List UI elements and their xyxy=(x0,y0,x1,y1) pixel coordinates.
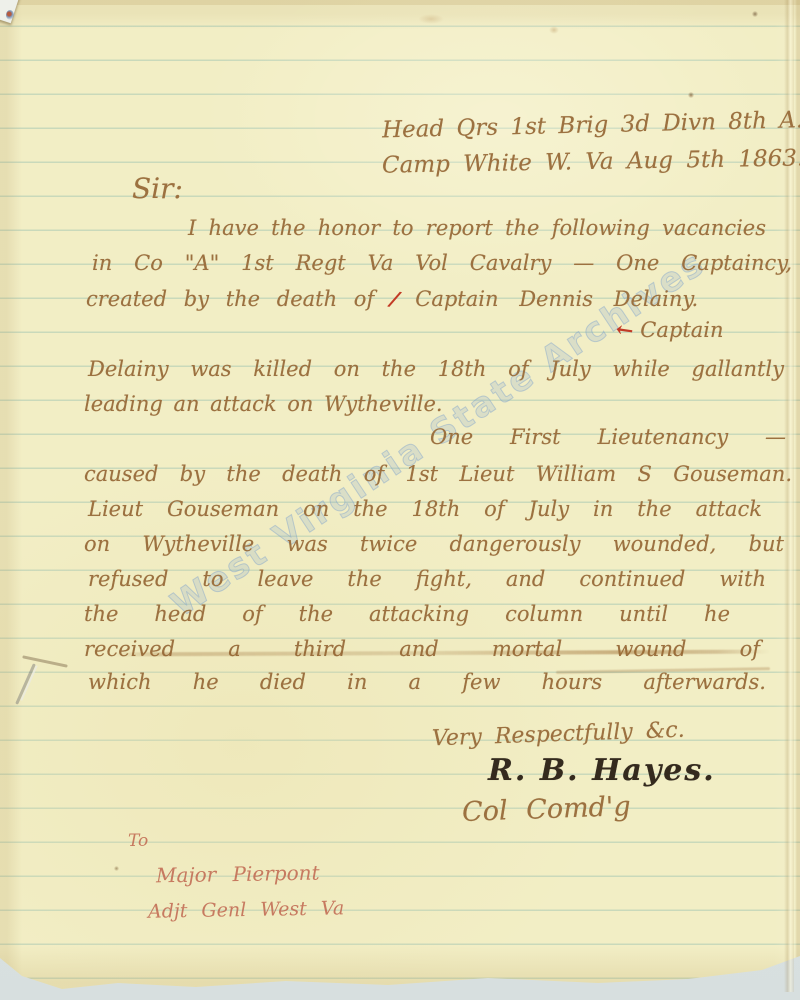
signature-title: Col Comd'g xyxy=(462,791,632,828)
body-line-10: refused to leave the fight, and continue… xyxy=(88,567,766,591)
address-line-2: Adjt Genl West Va xyxy=(148,897,345,922)
body-line-12: received a third and mortal wound of xyxy=(84,637,760,661)
stain-spot xyxy=(114,866,119,871)
body-line-3-text: created by the death of xyxy=(86,287,374,311)
red-arrow-icon: ← xyxy=(614,316,635,343)
body-line-9: on Wytheville was twice dangerously woun… xyxy=(84,532,784,556)
red-caret-icon: / xyxy=(388,285,401,311)
body-line-1: I have the honor to report the following… xyxy=(188,216,766,240)
body-line-7: caused by the death of 1st Lieut William… xyxy=(84,462,792,486)
body-line-3: created by the death of / Captain Dennis… xyxy=(86,286,698,311)
margin-insertion: ← Captain xyxy=(616,317,724,342)
address-to: To xyxy=(128,831,148,851)
stain-spot xyxy=(549,26,559,34)
body-line-8: Lieut Gouseman on the 18th of July in th… xyxy=(88,497,762,521)
body-line-13: which he died in a few hours afterwards. xyxy=(88,670,766,694)
stain-spot xyxy=(752,11,758,17)
body-line-5: leading an attack on Wytheville. xyxy=(84,392,443,416)
body-line-6: One First Lieutenancy — xyxy=(430,425,786,449)
corner-speck xyxy=(6,10,14,20)
stain-spot xyxy=(688,92,694,98)
salutation: Sir: xyxy=(132,172,183,205)
body-line-3-insert: Captain Dennis Delainy. xyxy=(415,287,698,311)
paper-crease xyxy=(16,652,74,704)
body-line-4: Delainy was killed on the 18th of July w… xyxy=(88,357,784,381)
body-line-11: the head of the attacking column until h… xyxy=(84,602,730,626)
margin-word: Captain xyxy=(640,318,723,342)
address-line-1: Major Pierpont xyxy=(156,861,320,888)
stain-spot xyxy=(418,14,444,24)
body-line-2: in Co "A" 1st Regt Va Vol Cavalry — One … xyxy=(92,251,792,275)
signature: R. B. Hayes. xyxy=(488,753,716,788)
scanned-letter-page: West Virginia State Archives Head Qrs 1s… xyxy=(0,0,800,1000)
